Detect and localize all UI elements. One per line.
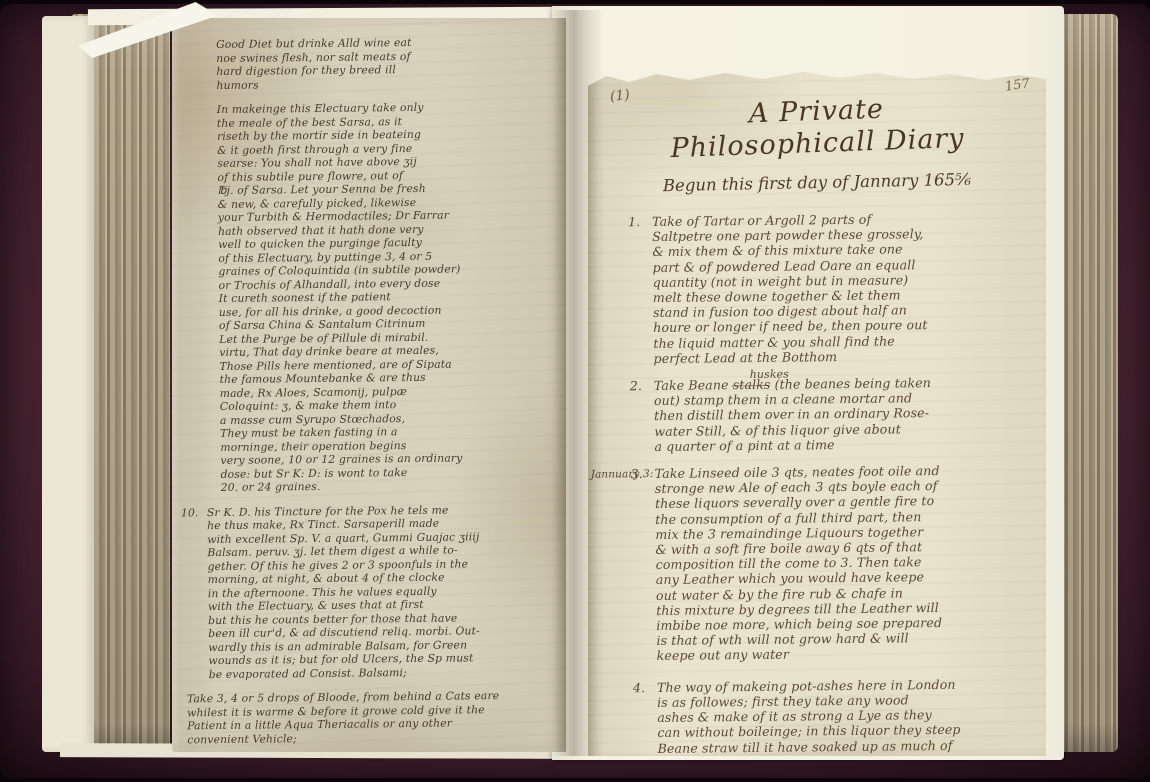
- right-page-edges: [1060, 14, 1118, 752]
- manuscript-line: keepe out any water: [657, 645, 1027, 664]
- right-manuscript-leaf: (1) 157 A Private Philosophicall Diary B…: [588, 70, 1046, 756]
- entry-lines: Take Beane s̶t̶a̶l̶k̶s̶ (the beanes bein…: [654, 374, 1025, 454]
- date-margin-note: Jannuary 3:: [591, 467, 654, 483]
- manuscript-line: Beane straw till it have soaked up as mu…: [658, 737, 1028, 756]
- diary-entry-4: 4. The way of makeing pot-ashes here in …: [657, 676, 1028, 756]
- paragraph-lines: Take 3, 4 or 5 drops of Bloode, from beh…: [187, 688, 564, 746]
- diary-subtitle: Begun this first day of Jannary 165⅚: [588, 168, 1046, 197]
- diary-entry-1: 1. Take of Tartar or Argoll 2 parts ofSa…: [652, 210, 1024, 366]
- left-paragraph-cats-blood: 11 Take 3, 4 or 5 drops of Bloode, from …: [187, 688, 564, 746]
- entry-lines: Take Linseed oile 3 qts, neates foot oil…: [655, 462, 1027, 664]
- diary-entry-3: Jannuary 3: 3. Take Linseed oile 3 qts, …: [655, 462, 1027, 664]
- paragraph-lines: Sr K. D. his Tincture for the Pox he tel…: [207, 502, 563, 681]
- diary-entry-2: 2. huskes Take Beane s̶t̶a̶l̶k̶s̶ (the b…: [654, 374, 1025, 454]
- entry-number: 1.: [628, 214, 640, 229]
- entry-lines: The way of makeing pot-ashes here in Lon…: [657, 676, 1028, 756]
- diary-title: A Private Philosophicall Diary: [588, 88, 1046, 168]
- manuscript-book-photo: Good Diet but drinke Alld wine eatnoe sw…: [0, 0, 1150, 782]
- left-paragraph-diet: Good Diet but drinke Alld wine eatnoe sw…: [216, 34, 557, 92]
- left-flyleaf-edge: [42, 16, 94, 752]
- left-paragraph-tincture: 10. Sr K. D. his Tincture for the Pox he…: [207, 502, 563, 681]
- entry-lines: Take of Tartar or Argoll 2 parts ofSaltp…: [652, 210, 1024, 366]
- left-paragraph-electuary: In makeinge this Electuary take onlythe …: [217, 99, 561, 494]
- left-page-text: Good Diet but drinke Alld wine eatnoe sw…: [216, 34, 564, 752]
- manuscript-line: perfect Lead at the Botthom: [653, 347, 1023, 366]
- right-page-text: (1) 157 A Private Philosophicall Diary B…: [588, 70, 1046, 756]
- paragraph-lines: Good Diet but drinke Alld wine eatnoe sw…: [216, 34, 557, 92]
- entry-number: 3.: [631, 466, 643, 481]
- entry-number: 4.: [633, 680, 645, 695]
- left-manuscript-page: Good Diet but drinke Alld wine eatnoe sw…: [172, 18, 566, 752]
- manuscript-line: a quarter of a pint at a time: [654, 435, 1024, 454]
- diary-entries: 1. Take of Tartar or Argoll 2 parts ofSa…: [652, 210, 1028, 756]
- manuscript-line: 20. or 24 graines.: [221, 477, 561, 494]
- paragraph-lines: In makeinge this Electuary take onlythe …: [217, 99, 561, 494]
- entry-number: 2.: [630, 378, 642, 393]
- margin-number: 10.: [181, 506, 199, 520]
- interlinear-correction: huskes: [750, 367, 789, 383]
